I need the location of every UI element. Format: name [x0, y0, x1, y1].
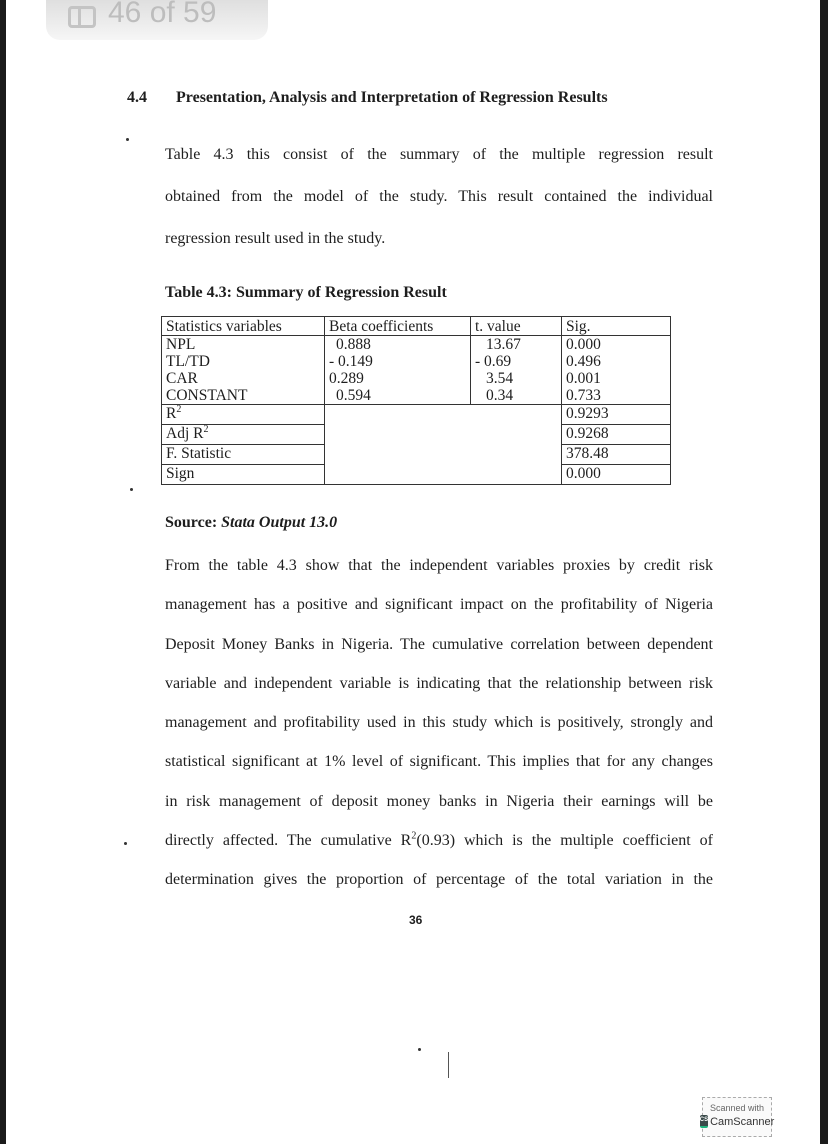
text-line: From the table 4.3 show that the indepen…: [165, 556, 713, 595]
scan-mark: [448, 1052, 449, 1078]
camscanner-watermark: Scanned with CS CamScanner: [702, 1097, 772, 1137]
scan-speck: [126, 138, 129, 141]
source-value: Stata Output 13.0: [221, 514, 337, 531]
table-source: Source: Stata Output 13.0: [165, 514, 337, 532]
stat-label: Adj R2: [162, 425, 325, 445]
stat-row: R2 0.9293: [162, 405, 671, 425]
t-value-cell: 13.67: [471, 336, 562, 354]
stat-value: 0.9293: [562, 405, 671, 425]
header-cell: Statistics variables: [162, 317, 325, 336]
variable-cell: CAR: [162, 370, 325, 387]
variable-cell: CONSTANT: [162, 387, 325, 405]
stat-label: F. Statistic: [162, 445, 325, 465]
page-counter: 46 of 59: [46, 0, 268, 40]
table-row: CAR 0.289 3.54 0.001: [162, 370, 671, 387]
stat-value: 378.48: [562, 445, 671, 465]
scan-speck: [130, 488, 133, 491]
variable-cell: NPL: [162, 336, 325, 354]
text-line: variable and independent variable is ind…: [165, 674, 713, 713]
stat-value: 0.000: [562, 465, 671, 485]
t-value-cell: 0.34: [471, 387, 562, 405]
table-header-row: Statistics variables Beta coefficients t…: [162, 317, 671, 336]
header-cell: Sig.: [562, 317, 671, 336]
table-row: TL/TD - 0.149 - 0.69 0.496: [162, 353, 671, 370]
section-number: 4.4: [127, 89, 172, 107]
text-line: Deposit Money Banks in Nigeria. The cumu…: [165, 635, 713, 674]
text-line: regression result used in the study.: [165, 229, 713, 271]
section-title: Presentation, Analysis and Interpretatio…: [176, 89, 608, 106]
beta-cell: 0.289: [325, 370, 471, 387]
intro-paragraph: Table 4.3 this consist of the summary of…: [165, 145, 713, 271]
empty-merged-cell: [325, 405, 562, 485]
source-label: Source:: [165, 514, 217, 531]
text-line: management has a positive and significan…: [165, 595, 713, 634]
analysis-paragraph: From the table 4.3 show that the indepen…: [165, 556, 713, 910]
beta-cell: 0.594: [325, 387, 471, 405]
header-cell: Beta coefficients: [325, 317, 471, 336]
text-line: Table 4.3 this consist of the summary of…: [165, 145, 713, 187]
watermark-line2: CamScanner: [710, 1116, 774, 1128]
camscanner-logo-icon: CS: [700, 1115, 708, 1128]
section-heading: 4.4 Presentation, Analysis and Interpret…: [127, 89, 608, 107]
page-counter-text: 46 of 59: [108, 0, 216, 30]
table-row: CONSTANT 0.594 0.34 0.733: [162, 387, 671, 405]
sig-cell: 0.000: [562, 336, 671, 354]
table-row: NPL 0.888 13.67 0.000: [162, 336, 671, 354]
watermark-line1: Scanned with: [703, 1103, 771, 1113]
page-number: 36: [409, 913, 422, 927]
text-line: obtained from the model of the study. Th…: [165, 187, 713, 229]
stat-label: Sign: [162, 465, 325, 485]
sig-cell: 0.496: [562, 353, 671, 370]
scan-speck: [124, 842, 127, 845]
text-line: determination gives the proportion of pe…: [165, 870, 713, 909]
stat-value: 0.9268: [562, 425, 671, 445]
header-cell: t. value: [471, 317, 562, 336]
beta-cell: - 0.149: [325, 353, 471, 370]
regression-table: Statistics variables Beta coefficients t…: [161, 316, 671, 485]
sig-cell: 0.001: [562, 370, 671, 387]
text-line: management and profitability used in thi…: [165, 713, 713, 752]
sig-cell: 0.733: [562, 387, 671, 405]
scan-speck: [418, 1048, 421, 1051]
beta-cell: 0.888: [325, 336, 471, 354]
text-line: directly affected. The cumulative R2(0.9…: [165, 831, 713, 870]
variable-cell: TL/TD: [162, 353, 325, 370]
stat-label: R2: [162, 405, 325, 425]
text-line: statistical significant at 1% level of s…: [165, 752, 713, 791]
document-pages-icon: [68, 6, 96, 28]
table-title: Table 4.3: Summary of Regression Result: [165, 284, 447, 302]
text-line: in risk management of deposit money bank…: [165, 792, 713, 831]
t-value-cell: - 0.69: [471, 353, 562, 370]
watermark-brand: CS CamScanner: [703, 1115, 771, 1128]
t-value-cell: 3.54: [471, 370, 562, 387]
document-page: 46 of 59 4.4 Presentation, Analysis and …: [6, 0, 820, 1144]
